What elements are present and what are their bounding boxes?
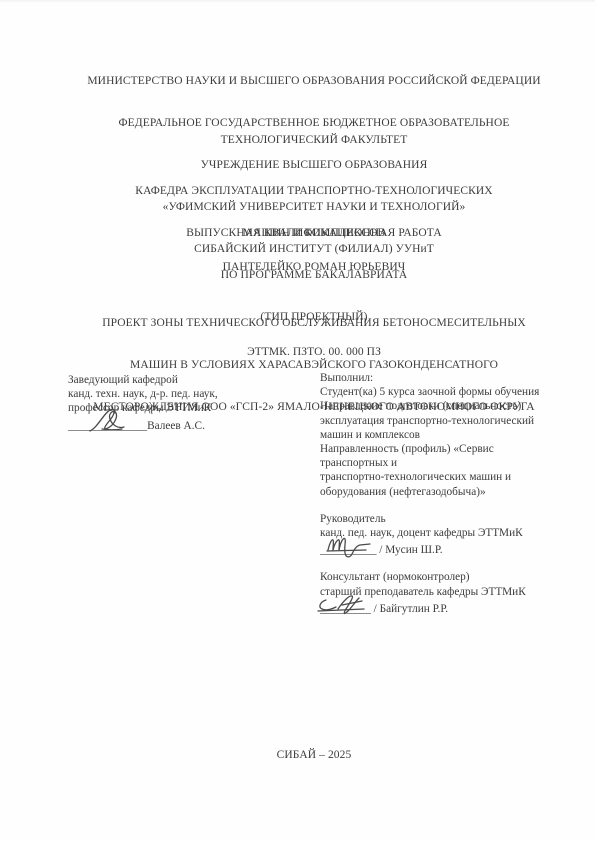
student-info-line: транспортно-технологических машин и — [320, 470, 582, 484]
student-info-line: Направление подготовки (специальность) — [320, 399, 582, 413]
head-of-department-signature-line: ______________Валеев А.С. — [68, 419, 308, 433]
ministry-line: МИНИСТЕРСТВО НАУКИ И ВЫСШЕГО ОБРАЗОВАНИЯ… — [64, 74, 564, 88]
consultant-block: Консультант (нормоконтролер) старший пре… — [320, 570, 582, 616]
consultant-title: Консультант (нормоконтролер) — [320, 570, 582, 584]
student-info-line: транспортных и — [320, 456, 582, 470]
title-page: МИНИСТЕРСТВО НАУКИ И ВЫСШЕГО ОБРАЗОВАНИЯ… — [0, 0, 595, 841]
thesis-title-line: МАШИН В УСЛОВИЯХ ХАРАСАВЭЙСКОГО ГАЗОКОНД… — [64, 358, 564, 372]
consultant-signature-line: _________ / Байгутлин Р.Р. — [320, 602, 582, 616]
supervisor-degree: канд. пед. наук, доцент кафедры ЭТТМиК — [320, 526, 582, 540]
head-of-department-block: Заведующий кафедрой канд. техн. наук, д-… — [68, 373, 308, 433]
supervisor-signature-line: __________ / Мусин Ш.Р. — [320, 543, 582, 557]
head-of-department-name: Валеев А.С. — [147, 420, 205, 432]
student-info-line: машин и комплексов — [320, 428, 582, 442]
student-info-block: Выполнил: Студент(ка) 5 курса заочной фо… — [320, 371, 582, 616]
student-info-line: Студент(ка) 5 курса заочной формы обучен… — [320, 385, 582, 399]
thesis-title-line: ПРОЕКТ ЗОНЫ ТЕХНИЧЕСКОГО ОБСЛУЖИВАНИЯ БЕ… — [64, 316, 564, 330]
consultant-name: / Байгутлин Р.Р. — [371, 603, 448, 615]
signature-underscore: __________ — [320, 544, 376, 556]
head-of-department-line: канд. техн. наук, д-р. пед. наук, — [68, 387, 308, 401]
city-year-footer: СИБАЙ – 2025 — [64, 748, 564, 762]
document-code: ЭТТМК. ПЗТО. 00. 000 ПЗ — [64, 345, 564, 359]
department-line: КАФЕДРА ЭКСПЛУАТАЦИИ ТРАНСПОРТНО-ТЕХНОЛО… — [64, 184, 564, 198]
author-name: ПАНТЕЛЕЙКО РОМАН ЮРЬЕВИЧ — [64, 260, 564, 274]
work-type-line: ВЫПУСКНАЯ КВАЛИФИКАЦИОННАЯ РАБОТА — [64, 226, 564, 240]
student-info-line: эксплуатация транспортно-технологический — [320, 414, 582, 428]
head-of-department-line: профессор кафедры ЭТТМиК — [68, 401, 308, 415]
consultant-degree: старший преподаватель кафедры ЭТТМиК — [320, 585, 582, 599]
supervisor-block: Руководитель канд. пед. наук, доцент каф… — [320, 512, 582, 558]
supervisor-title: Руководитель — [320, 512, 582, 526]
supervisor-name: / Мусин Ш.Р. — [376, 544, 442, 556]
signature-underscore: ______________ — [68, 420, 147, 432]
head-of-department-line: Заведующий кафедрой — [68, 373, 308, 387]
faculty-title: ТЕХНОЛОГИЧЕСКИЙ ФАКУЛЬТЕТ — [64, 133, 564, 147]
student-info-line: оборудования (нефтегазодобыча)» — [320, 485, 582, 499]
signature-underscore: _________ — [320, 603, 371, 615]
student-info-line: Направленность (профиль) «Сервис — [320, 442, 582, 456]
completed-label: Выполнил: — [320, 371, 582, 385]
ministry-line: ФЕДЕРАЛЬНОЕ ГОСУДАРСТВЕННОЕ БЮДЖЕТНОЕ ОБ… — [64, 116, 564, 130]
